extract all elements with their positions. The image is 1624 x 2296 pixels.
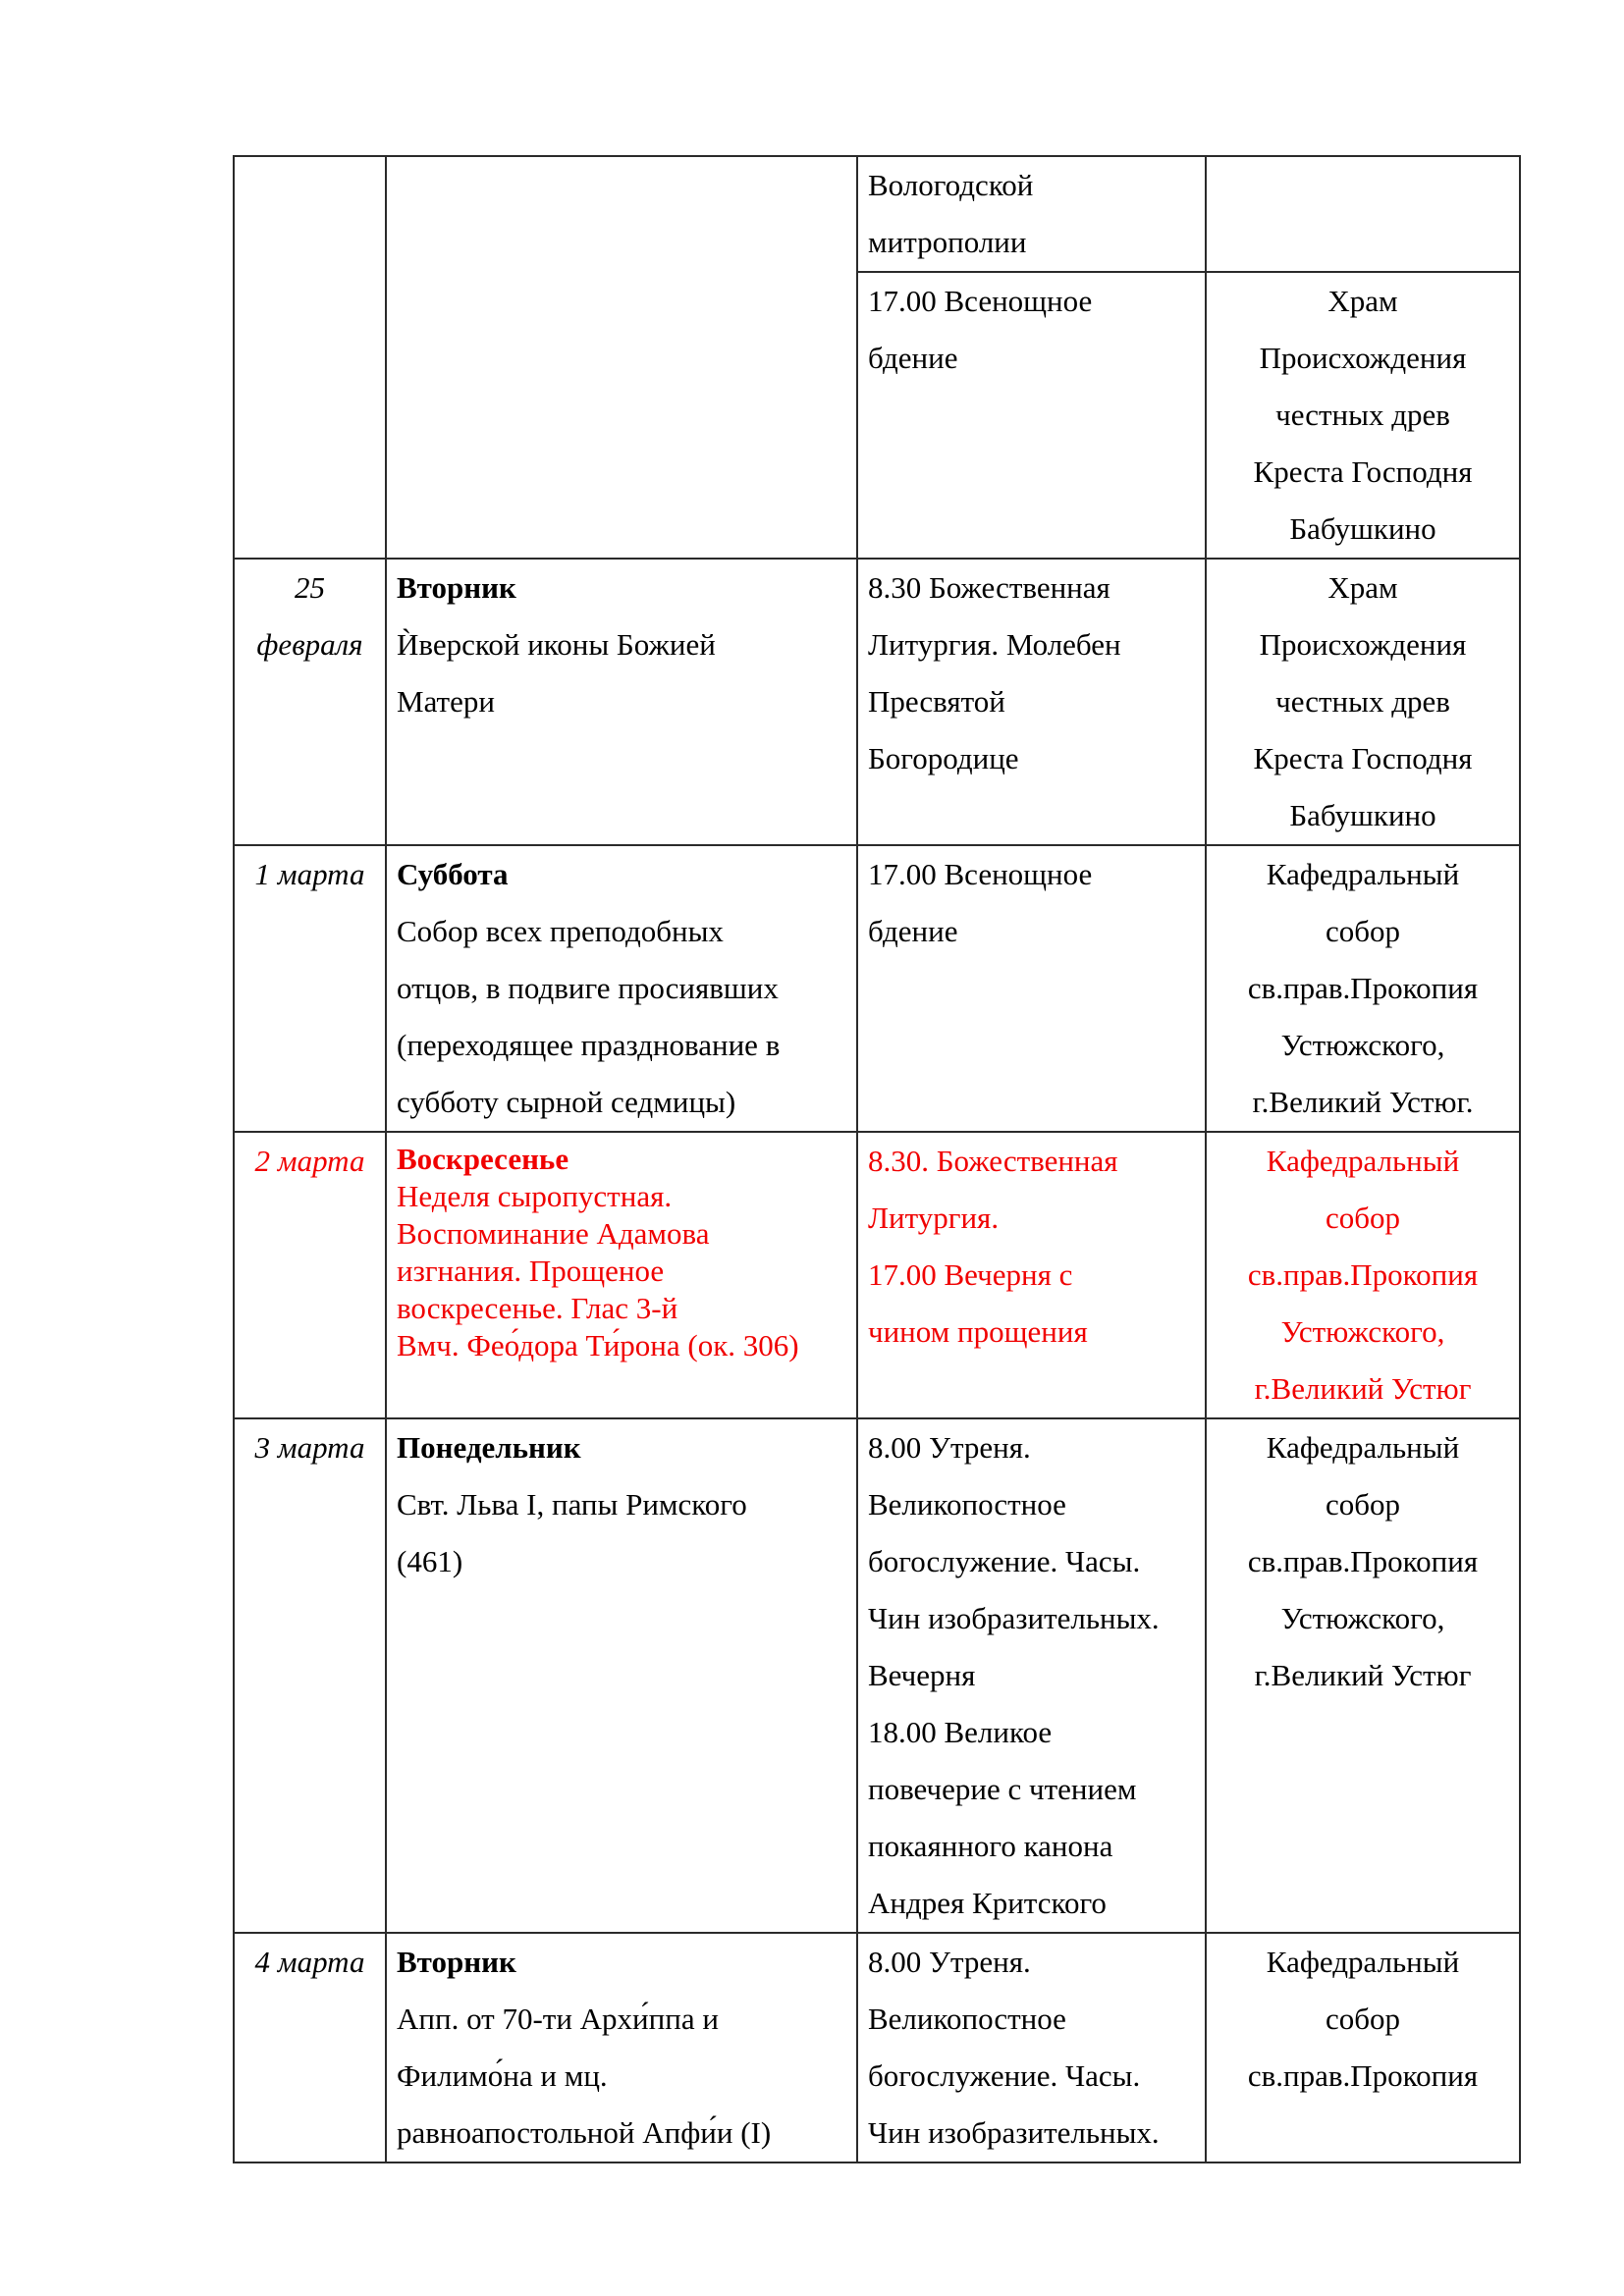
service-line: Великопостное: [868, 1476, 1195, 1533]
commemoration-line: воскресенье. Глас 3-й: [397, 1290, 846, 1327]
date-cell: 2 марта: [234, 1132, 386, 1418]
service-line: бдение: [868, 903, 1195, 960]
place-cell: Храм Происхождения честных древ Креста Г…: [1206, 272, 1520, 559]
place-line: Происхождения: [1217, 616, 1509, 673]
place-line: св.прав.Прокопия: [1217, 1247, 1509, 1304]
commemoration-line: Неделя сыропустная.: [397, 1178, 846, 1215]
commemoration-cell: ПонедельникСвт. Льва I, папы Римского(46…: [386, 1418, 857, 1933]
date-text: 25: [239, 560, 381, 616]
place-line: честных древ: [1217, 387, 1509, 444]
service-line: 18.00 Великое: [868, 1704, 1195, 1761]
service-line: повечерие с чтением: [868, 1761, 1195, 1818]
service-line: 17.00 Всенощное: [868, 846, 1195, 903]
place-cell: Кафедральныйсоборсв.прав.ПрокопияУстюжск…: [1206, 845, 1520, 1132]
commemoration-line: отцов, в подвиге просиявших: [397, 960, 846, 1017]
place-line: собор: [1217, 1991, 1509, 2048]
table-row: 2 мартаВоскресеньеНеделя сыропустная.Вос…: [234, 1132, 1520, 1418]
commemoration-line: равноапостольной Апфи́и (I): [397, 2105, 846, 2162]
service-line: Великопостное: [868, 1991, 1195, 2048]
day-cell: [386, 156, 857, 559]
place-line: Храм: [1217, 560, 1509, 616]
place-cell: Кафедральныйсоборсв.прав.Прокопия: [1206, 1933, 1520, 2163]
commemoration-cell: ВоскресеньеНеделя сыропустная.Воспоминан…: [386, 1132, 857, 1418]
commemoration-line: субботу сырной седмицы): [397, 1074, 846, 1131]
service-line: Литургия. Молебен: [868, 616, 1195, 673]
commemoration-cell: ВторникАпп. от 70-ти Архи́ппа иФилимо́на…: [386, 1933, 857, 2163]
commemoration-line: Филимо́на и мц.: [397, 2048, 846, 2105]
date-cell: 4 марта: [234, 1933, 386, 2163]
date-text: февраля: [239, 616, 381, 673]
service-line: богослужение. Часы.: [868, 1533, 1195, 1590]
date-text: 2 марта: [239, 1133, 381, 1190]
place-line: Кафедральный: [1217, 1133, 1509, 1190]
place-line: Креста Господня: [1217, 444, 1509, 501]
place-line: г.Великий Устюг: [1217, 1361, 1509, 1417]
commemoration-line: Воспоминание Адамова: [397, 1215, 846, 1253]
place-cell: Кафедральныйсоборсв.прав.ПрокопияУстюжск…: [1206, 1418, 1520, 1933]
commemoration-line: Свт. Льва I, папы Римского: [397, 1476, 846, 1533]
service-line: Богородице: [868, 730, 1195, 787]
service-cell: 8.00 Утреня.Великопостноебогослужение. Ч…: [857, 1933, 1206, 2163]
table-row-continued: Вологодской митрополии: [234, 156, 1520, 272]
service-line: 8.00 Утреня.: [868, 1934, 1195, 1991]
commemoration-cell: СубботаСобор всех преподобныхотцов, в по…: [386, 845, 857, 1132]
place-cell: Кафедральныйсоборсв.прав.ПрокопияУстюжск…: [1206, 1132, 1520, 1418]
service-line: богослужение. Часы.: [868, 2048, 1195, 2105]
date-text: 3 марта: [239, 1419, 381, 1476]
place-line: св.прав.Прокопия: [1217, 2048, 1509, 2105]
service-cell: 8.30. БожественнаяЛитургия.17.00 Вечерня…: [857, 1132, 1206, 1418]
service-cell: 8.30 БожественнаяЛитургия. МолебенПресвя…: [857, 559, 1206, 845]
date-text: 1 марта: [239, 846, 381, 903]
table-row: 1 мартаСубботаСобор всех преподобныхотцо…: [234, 845, 1520, 1132]
commemoration-line: Собор всех преподобных: [397, 903, 846, 960]
commemoration-cell: ВторникЍверской иконы БожиейМатери: [386, 559, 857, 845]
place-line: Кафедральный: [1217, 1934, 1509, 1991]
service-line: Пресвятой: [868, 673, 1195, 730]
place-cell: ХрамПроисхождениячестных древКреста Госп…: [1206, 559, 1520, 845]
place-line: Бабушкино: [1217, 501, 1509, 558]
date-cell: 1 марта: [234, 845, 386, 1132]
service-line: 17.00 Вечерня с: [868, 1247, 1195, 1304]
commemoration-line: (461): [397, 1533, 846, 1590]
place-cell: [1206, 156, 1520, 272]
table-row: 3 мартаПонедельникСвт. Льва I, папы Римс…: [234, 1418, 1520, 1933]
place-line: г.Великий Устюг: [1217, 1647, 1509, 1704]
date-cell: 25февраля: [234, 559, 386, 845]
service-line: митрополии: [868, 214, 1195, 271]
service-cell: 8.00 Утреня.Великопостноебогослужение. Ч…: [857, 1418, 1206, 1933]
place-line: Креста Господня: [1217, 730, 1509, 787]
weekday-label: Вторник: [397, 560, 846, 616]
service-line: чином прощения: [868, 1304, 1195, 1361]
weekday-label: Понедельник: [397, 1419, 846, 1476]
place-line: св.прав.Прокопия: [1217, 1533, 1509, 1590]
service-line: 8.30 Божественная: [868, 560, 1195, 616]
place-line: собор: [1217, 1190, 1509, 1247]
service-cell: 17.00 Всенощное бдение: [857, 272, 1206, 559]
service-line: Литургия.: [868, 1190, 1195, 1247]
place-line: честных древ: [1217, 673, 1509, 730]
place-line: г.Великий Устюг.: [1217, 1074, 1509, 1131]
commemoration-line: Ѝверской иконы Божией: [397, 616, 846, 673]
place-line: Бабушкино: [1217, 787, 1509, 844]
service-line: бдение: [868, 330, 1195, 387]
date-cell: 3 марта: [234, 1418, 386, 1933]
place-line: Устюжского,: [1217, 1590, 1509, 1647]
weekday-label: Вторник: [397, 1934, 846, 1991]
service-line: Чин изобразительных.: [868, 2105, 1195, 2162]
place-line: Происхождения: [1217, 330, 1509, 387]
service-line: Вечерня: [868, 1647, 1195, 1704]
weekday-label: Суббота: [397, 846, 846, 903]
service-line: Чин изобразительных.: [868, 1590, 1195, 1647]
place-line: Кафедральный: [1217, 846, 1509, 903]
commemoration-line: (переходящее празднование в: [397, 1017, 846, 1074]
place-line: собор: [1217, 1476, 1509, 1533]
place-line: Кафедральный: [1217, 1419, 1509, 1476]
service-line: 17.00 Всенощное: [868, 273, 1195, 330]
service-cell: Вологодской митрополии: [857, 156, 1206, 272]
commemoration-line: Вмч. Фео́дора Ти́рона (ок. 306): [397, 1327, 846, 1364]
service-line: 8.30. Божественная: [868, 1133, 1195, 1190]
place-line: Храм: [1217, 273, 1509, 330]
commemoration-line: Матери: [397, 673, 846, 730]
commemoration-line: изгнания. Прощеное: [397, 1253, 846, 1290]
place-line: св.прав.Прокопия: [1217, 960, 1509, 1017]
schedule-body: Вологодской митрополии 17.00 Всенощное б…: [234, 156, 1520, 2163]
service-line: покаянного канона: [868, 1818, 1195, 1875]
date-cell: [234, 156, 386, 559]
service-line: Вологодской: [868, 157, 1195, 214]
schedule-table: Вологодской митрополии 17.00 Всенощное б…: [233, 155, 1521, 2163]
service-line: 8.00 Утреня.: [868, 1419, 1195, 1476]
place-line: Устюжского,: [1217, 1304, 1509, 1361]
place-line: Устюжского,: [1217, 1017, 1509, 1074]
place-line: собор: [1217, 903, 1509, 960]
weekday-label: Воскресенье: [397, 1141, 846, 1178]
service-line: Андрея Критского: [868, 1875, 1195, 1932]
table-row: 4 мартаВторникАпп. от 70-ти Архи́ппа иФи…: [234, 1933, 1520, 2163]
commemoration-line: Апп. от 70-ти Архи́ппа и: [397, 1991, 846, 2048]
table-row: 25февраляВторникЍверской иконы БожиейМат…: [234, 559, 1520, 845]
date-text: 4 марта: [239, 1934, 381, 1991]
service-cell: 17.00 Всенощноебдение: [857, 845, 1206, 1132]
